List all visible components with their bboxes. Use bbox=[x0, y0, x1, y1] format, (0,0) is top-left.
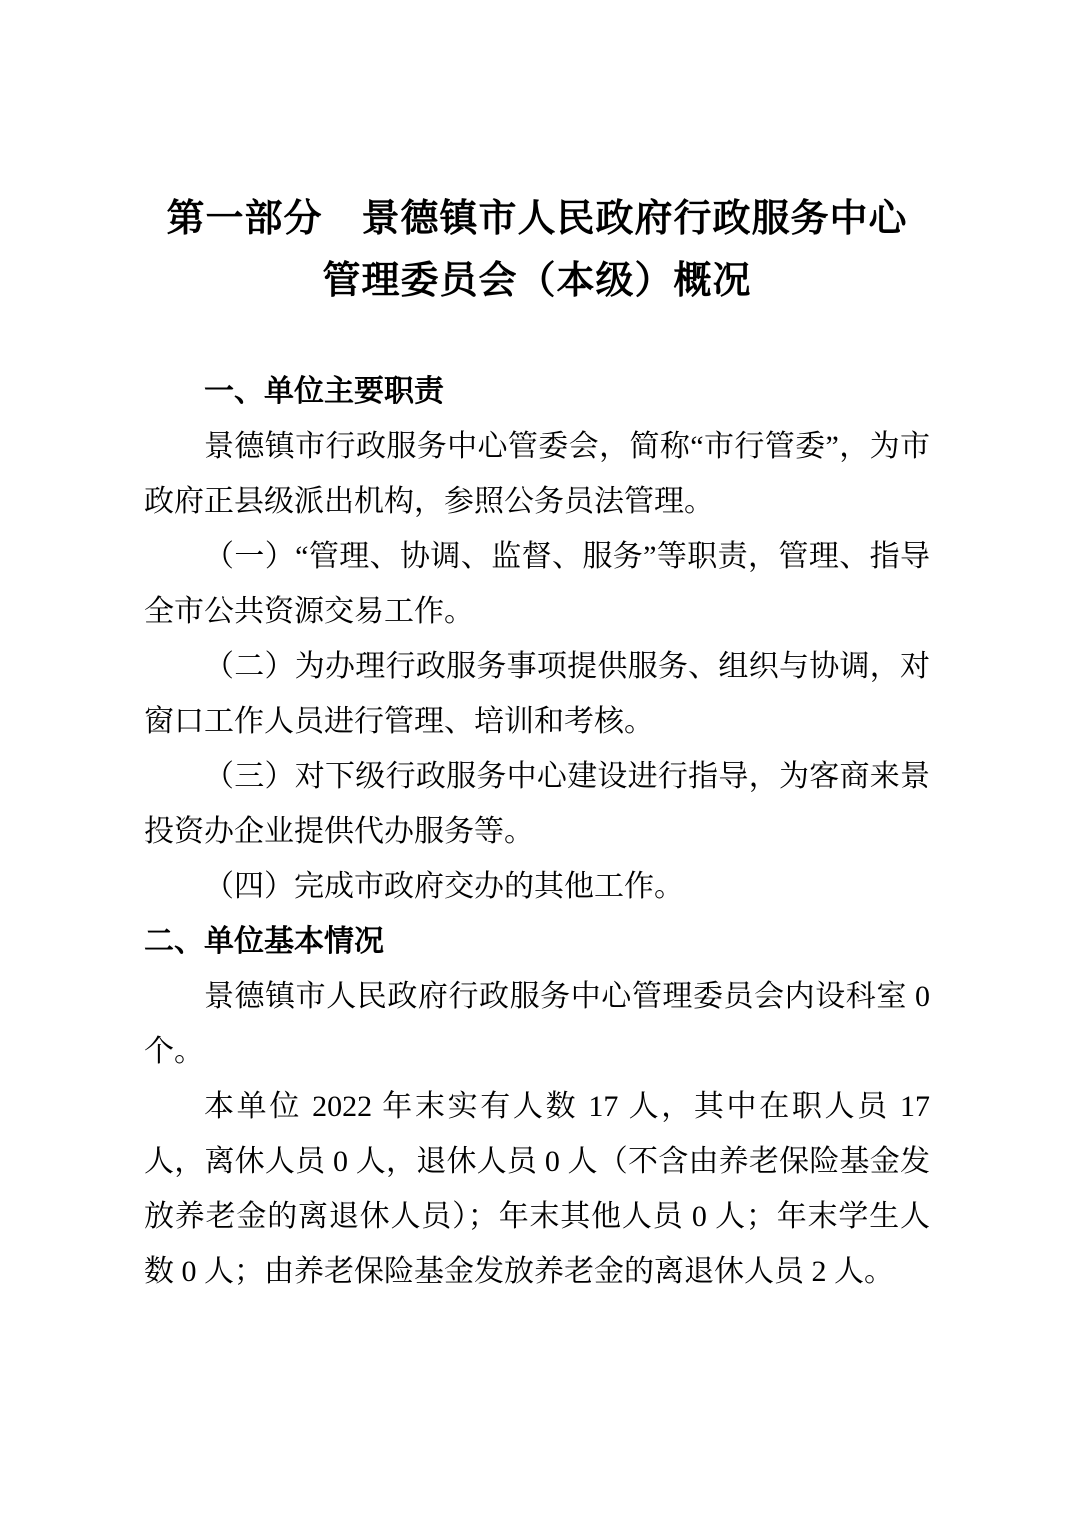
section-2-paragraph-departments: 景德镇市人民政府行政服务中心管理委员会内设科室 0 个。 bbox=[144, 969, 930, 1079]
document-title-line-1: 第一部分 景德镇市人民政府行政服务中心 bbox=[144, 188, 930, 250]
section-2-heading: 二、单位基本情况 bbox=[144, 914, 930, 969]
title-body-spacer bbox=[144, 312, 930, 364]
section-1-paragraph-duty-4: （四）完成市政府交办的其他工作。 bbox=[144, 859, 930, 914]
section-2-paragraph-staffing: 本单位 2022 年末实有人数 17 人，其中在职人员 17 人，离休人员 0 … bbox=[144, 1079, 930, 1299]
section-1-paragraph-duty-1: （一）“管理、协调、监督、服务”等职责，管理、指导全市公共资源交易工作。 bbox=[144, 529, 930, 639]
document-page: 第一部分 景德镇市人民政府行政服务中心 管理委员会（本级）概况 一、单位主要职责… bbox=[0, 0, 1074, 1520]
section-1-paragraph-intro: 景德镇市行政服务中心管委会，简称“市行管委”，为市政府正县级派出机构，参照公务员… bbox=[144, 419, 930, 529]
section-1-paragraph-duty-3: （三）对下级行政服务中心建设进行指导，为客商来景投资办企业提供代办服务等。 bbox=[144, 749, 930, 859]
section-basic-info: 二、单位基本情况 景德镇市人民政府行政服务中心管理委员会内设科室 0 个。 本单… bbox=[144, 914, 930, 1299]
document-title-line-2: 管理委员会（本级）概况 bbox=[144, 250, 930, 312]
section-main-duties: 一、单位主要职责 景德镇市行政服务中心管委会，简称“市行管委”，为市政府正县级派… bbox=[144, 364, 930, 914]
document-title: 第一部分 景德镇市人民政府行政服务中心 管理委员会（本级）概况 bbox=[144, 188, 930, 312]
section-1-paragraph-duty-2: （二）为办理行政服务事项提供服务、组织与协调，对窗口工作人员进行管理、培训和考核… bbox=[144, 639, 930, 749]
section-1-heading: 一、单位主要职责 bbox=[144, 364, 930, 419]
